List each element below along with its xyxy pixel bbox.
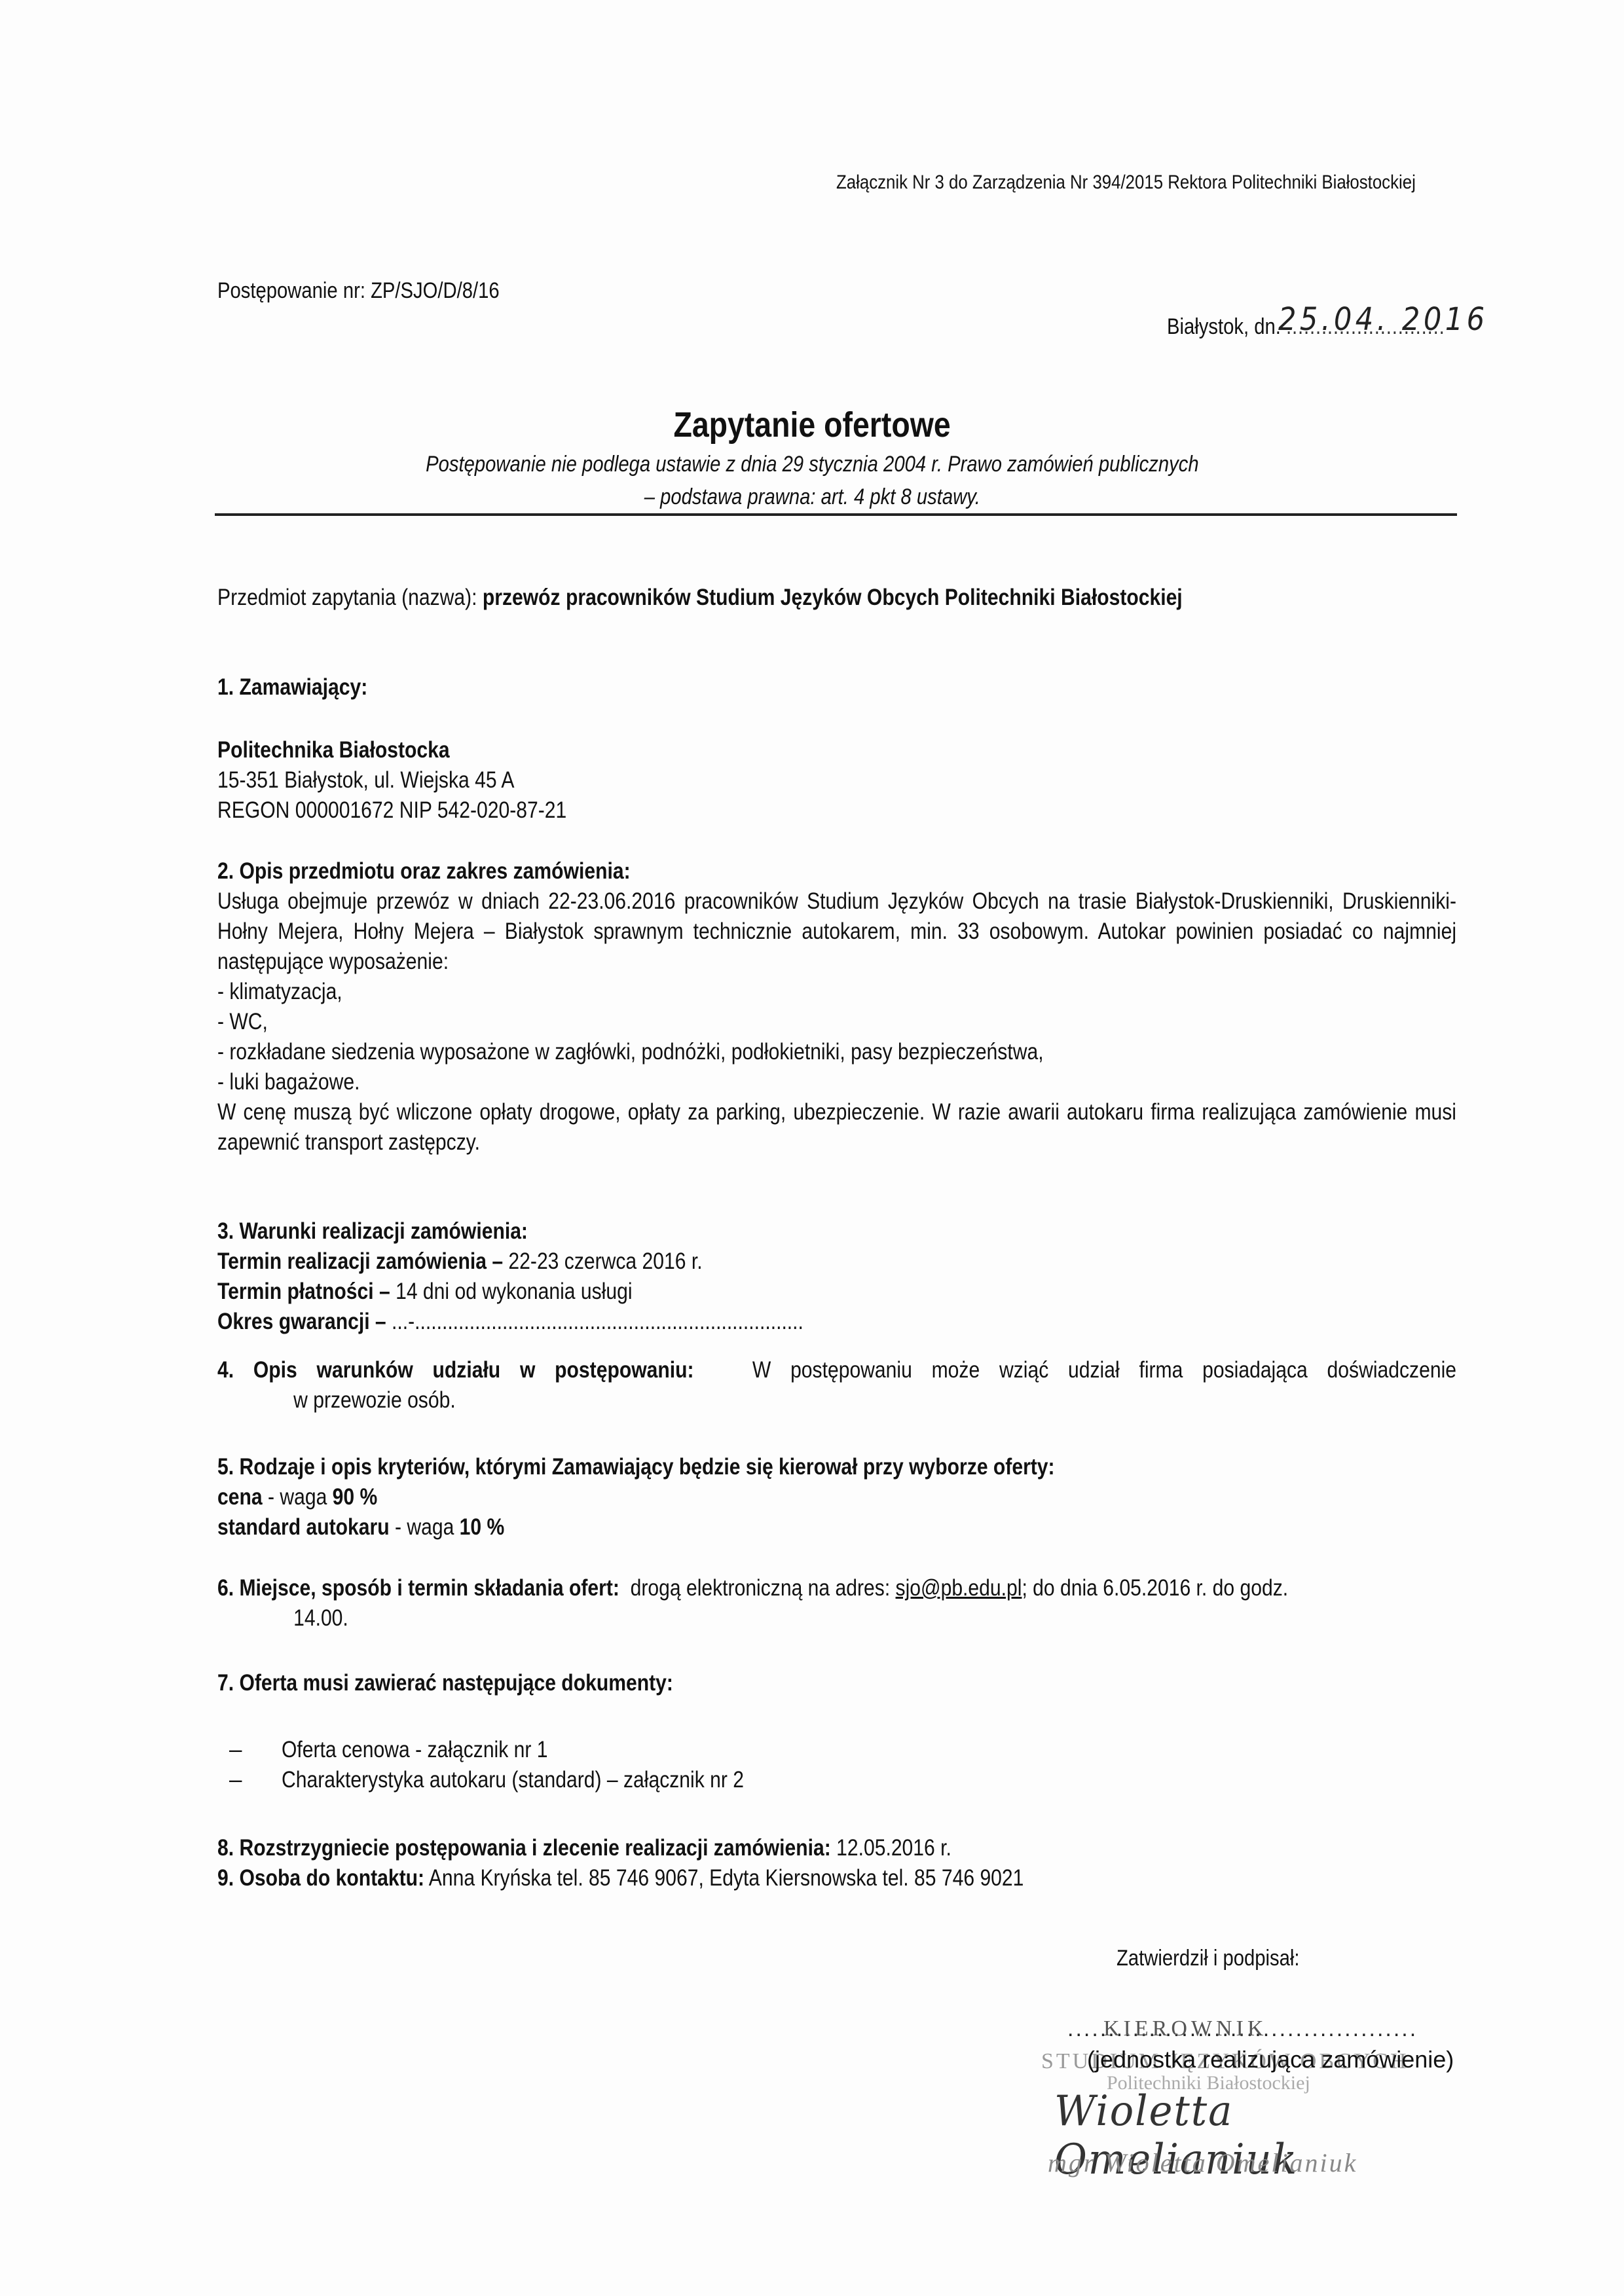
- realization-term-label: Termin realizacji zamówienia –: [217, 1248, 503, 1274]
- document-item: –Charakterystyka autokaru (standard) – z…: [229, 1765, 1470, 1795]
- section-6: 6. Miejsce, sposób i termin składania of…: [217, 1573, 1456, 1633]
- realization-term-value: 22-23 czerwca 2016 r.: [503, 1248, 703, 1274]
- section-5: 5. Rodzaje i opis kryteriów, którymi Zam…: [217, 1452, 1458, 1542]
- section-1-title: 1. Zamawiający:: [217, 672, 367, 702]
- section-6-title: 6. Miejsce, sposób i termin składania of…: [217, 1575, 619, 1601]
- criterion-weight: 90 %: [333, 1484, 378, 1510]
- criterion-price: cena - waga 90 %: [217, 1482, 1458, 1512]
- document-item-text: Oferta cenowa - załącznik nr 1: [282, 1735, 548, 1765]
- subtitle-line1-text: Postępowanie nie podlega ustawie z dnia …: [426, 452, 1199, 477]
- dash-bullet: –: [229, 1735, 242, 1765]
- unit-caption: (jednostka realizująca zamówienie): [1087, 2046, 1454, 2073]
- section-3-title: 3. Warunki realizacji zamówienia:: [217, 1216, 528, 1247]
- approval-label-text: Zatwierdził i podpisał:: [1116, 1946, 1300, 1971]
- section-2-title: 2. Opis przedmiotu oraz zakres zamówieni…: [217, 858, 631, 884]
- approval-label: Zatwierdził i podpisał:: [1116, 1946, 1329, 1971]
- resolution-date: 12.05.2016 r.: [831, 1835, 951, 1861]
- subtitle-line2-text: – podstawa prawna: art. 4 pkt 8 ustawy.: [644, 484, 980, 510]
- section-8: 8. Rozstrzygniecie postępowania i zlecen…: [217, 1833, 1458, 1863]
- sections-8-9: 8. Rozstrzygniecie postępowania i zlecen…: [217, 1833, 1458, 1893]
- section-1-heading: 1. Zamawiający:: [217, 672, 1458, 702]
- required-documents-list: –Oferta cenowa - załącznik nr 1 –Charakt…: [229, 1735, 1470, 1795]
- section-2: 2. Opis przedmiotu oraz zakres zamówieni…: [217, 856, 1456, 1157]
- price-inclusions: W cenę muszą być wliczone opłaty drogowe…: [217, 1097, 1456, 1157]
- section-8-title: 8. Rozstrzygniecie postępowania i zlecen…: [217, 1835, 831, 1861]
- document-title-text: Zapytanie ofertowe: [673, 405, 950, 445]
- participation-conditions-cont: w przewozie osób.: [217, 1385, 1456, 1415]
- section-7: 7. Oferta musi zawierać następujące doku…: [217, 1668, 1458, 1698]
- section-9: 9. Osoba do kontaktu: Anna Kryńska tel. …: [217, 1863, 1458, 1893]
- orderer-address: 15-351 Białystok, ul. Wiejska 45 A: [217, 765, 514, 795]
- stamp-title: KIEROWNIK: [1103, 2016, 1267, 2041]
- attachment-note: Załącznik Nr 3 do Zarządzenia Nr 394/201…: [836, 172, 1510, 194]
- service-description: Usługa obejmuje przewóz w dniach 22-23.0…: [217, 886, 1456, 977]
- equipment-item: - rozkładane siedzenia wyposażone w zagł…: [217, 1037, 1456, 1067]
- document-subtitle-line1: Postępowanie nie podlega ustawie z dnia …: [0, 452, 1624, 477]
- criterion-name: cena: [217, 1484, 263, 1510]
- document-subtitle-line2: – podstawa prawna: art. 4 pkt 8 ustawy.: [0, 484, 1624, 510]
- payment-term-value: 14 dni od wykonania usługi: [390, 1279, 633, 1304]
- criterion-sep: - waga: [263, 1484, 333, 1510]
- submission-time: 14.00.: [217, 1603, 1456, 1633]
- contact-persons: Anna Kryńska tel. 85 746 9067, Edyta Kie…: [424, 1865, 1024, 1891]
- equipment-item: - WC,: [217, 1007, 1456, 1037]
- section-5-title: 5. Rodzaje i opis kryteriów, którymi Zam…: [217, 1452, 1055, 1482]
- case-number-text: Postępowanie nr: ZP/SJO/D/8/16: [217, 278, 500, 304]
- warranty-value: ...-....................................…: [386, 1309, 803, 1334]
- document-item-text: Charakterystyka autokaru (standard) – za…: [282, 1765, 744, 1795]
- section-3: 3. Warunki realizacji zamówienia: Termin…: [217, 1216, 1458, 1337]
- place-date: Białystok, dn. .........................…: [1167, 314, 1490, 340]
- submission-email-link[interactable]: sjo@pb.edu.pl: [896, 1575, 1022, 1601]
- inquiry-subject: Przedmiot zapytania (nazwa): przewóz pra…: [217, 583, 1458, 613]
- signer-name-stamp: mgr Wioletta Omelianiuk: [1048, 2147, 1357, 2178]
- submission-deadline: ; do dnia 6.05.2016 r. do godz.: [1022, 1575, 1288, 1601]
- criterion-weight: 10 %: [460, 1514, 505, 1540]
- criterion-standard: standard autokaru - waga 10 %: [217, 1512, 1458, 1542]
- orderer-name: Politechnika Białostocka: [217, 735, 450, 765]
- section-4-title: 4. Opis warunków udziału w postępowaniu:: [217, 1357, 694, 1383]
- attachment-note-text: Załącznik Nr 3 do Zarządzenia Nr 394/201…: [836, 172, 1416, 194]
- orderer-ids: REGON 000001672 NIP 542-020-87-21: [217, 795, 566, 826]
- document-page: Załącznik Nr 3 do Zarządzenia Nr 394/201…: [0, 0, 1624, 2296]
- subject-label: Przedmiot zapytania (nazwa):: [217, 585, 477, 610]
- place-label: Białystok, dn.: [1167, 314, 1281, 339]
- dash-bullet: –: [229, 1765, 242, 1795]
- signature-stamp-area: ........................................…: [1041, 2016, 1500, 2187]
- title-divider: [215, 513, 1457, 516]
- section-9-title: 9. Osoba do kontaktu:: [217, 1865, 424, 1891]
- handwritten-date: 25.04. 2016: [1278, 301, 1488, 338]
- subject-value: przewóz pracowników Studium Języków Obcy…: [483, 585, 1183, 610]
- section-4: 4. Opis warunków udziału w postępowaniu:…: [217, 1355, 1456, 1415]
- submission-method: drogą elektroniczną na adres:: [631, 1575, 896, 1601]
- section-7-title: 7. Oferta musi zawierać następujące doku…: [217, 1668, 673, 1698]
- section-1-orderer: Politechnika Białostocka 15-351 Białysto…: [217, 735, 1458, 826]
- participation-conditions: W postępowaniu może wziąć udział firma p…: [752, 1357, 1456, 1383]
- criterion-sep: - waga: [390, 1514, 460, 1540]
- document-title: Zapytanie ofertowe: [0, 405, 1624, 445]
- equipment-item: - klimatyzacja,: [217, 977, 1456, 1007]
- criterion-name: standard autokaru: [217, 1514, 390, 1540]
- warranty-label: Okres gwarancji –: [217, 1309, 386, 1334]
- payment-term-label: Termin płatności –: [217, 1279, 390, 1304]
- case-number: Postępowanie nr: ZP/SJO/D/8/16: [217, 278, 545, 304]
- document-item: –Oferta cenowa - załącznik nr 1: [229, 1735, 1470, 1765]
- equipment-item: - luki bagażowe.: [217, 1067, 1456, 1097]
